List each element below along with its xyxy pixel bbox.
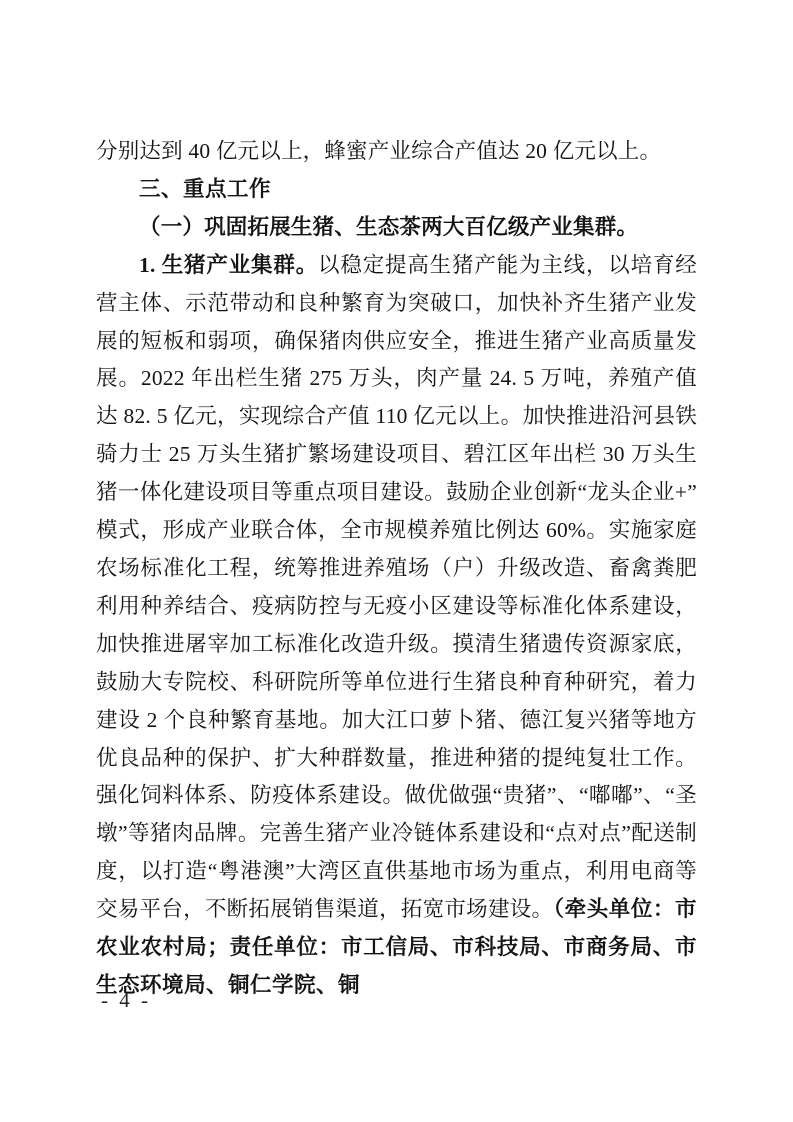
paragraph-3: （一）巩固拓展生猪、生态茶两大百亿级产业集群。 bbox=[96, 209, 697, 247]
document-body: 分别达到 40 亿元以上，蜂蜜产业综合产值达 20 亿元以上。三、重点工作（一）… bbox=[96, 133, 697, 1005]
document-page: 分别达到 40 亿元以上，蜂蜜产业综合产值达 20 亿元以上。三、重点工作（一）… bbox=[0, 0, 793, 1122]
paragraph-2: 三、重点工作 bbox=[96, 171, 697, 209]
text-run: 三、重点工作 bbox=[139, 177, 271, 201]
text-run: 以稳定提高生猪产能为主线，以培育经营主体、示范带动和良种繁育为突破口，加快补齐生… bbox=[96, 253, 697, 921]
page-number: - 4 - bbox=[101, 988, 151, 1013]
text-run: （一）巩固拓展生猪、生态茶两大百亿级产业集群。 bbox=[139, 215, 638, 239]
paragraph-1: 分别达到 40 亿元以上，蜂蜜产业综合产值达 20 亿元以上。 bbox=[96, 133, 697, 171]
text-run: 1. 生猪产业集群。 bbox=[139, 253, 318, 277]
text-run: 分别达到 40 亿元以上，蜂蜜产业综合产值达 20 亿元以上。 bbox=[96, 139, 661, 163]
paragraph-4: 1. 生猪产业集群。以稳定提高生猪产能为主线，以培育经营主体、示范带动和良种繁育… bbox=[96, 247, 697, 1005]
